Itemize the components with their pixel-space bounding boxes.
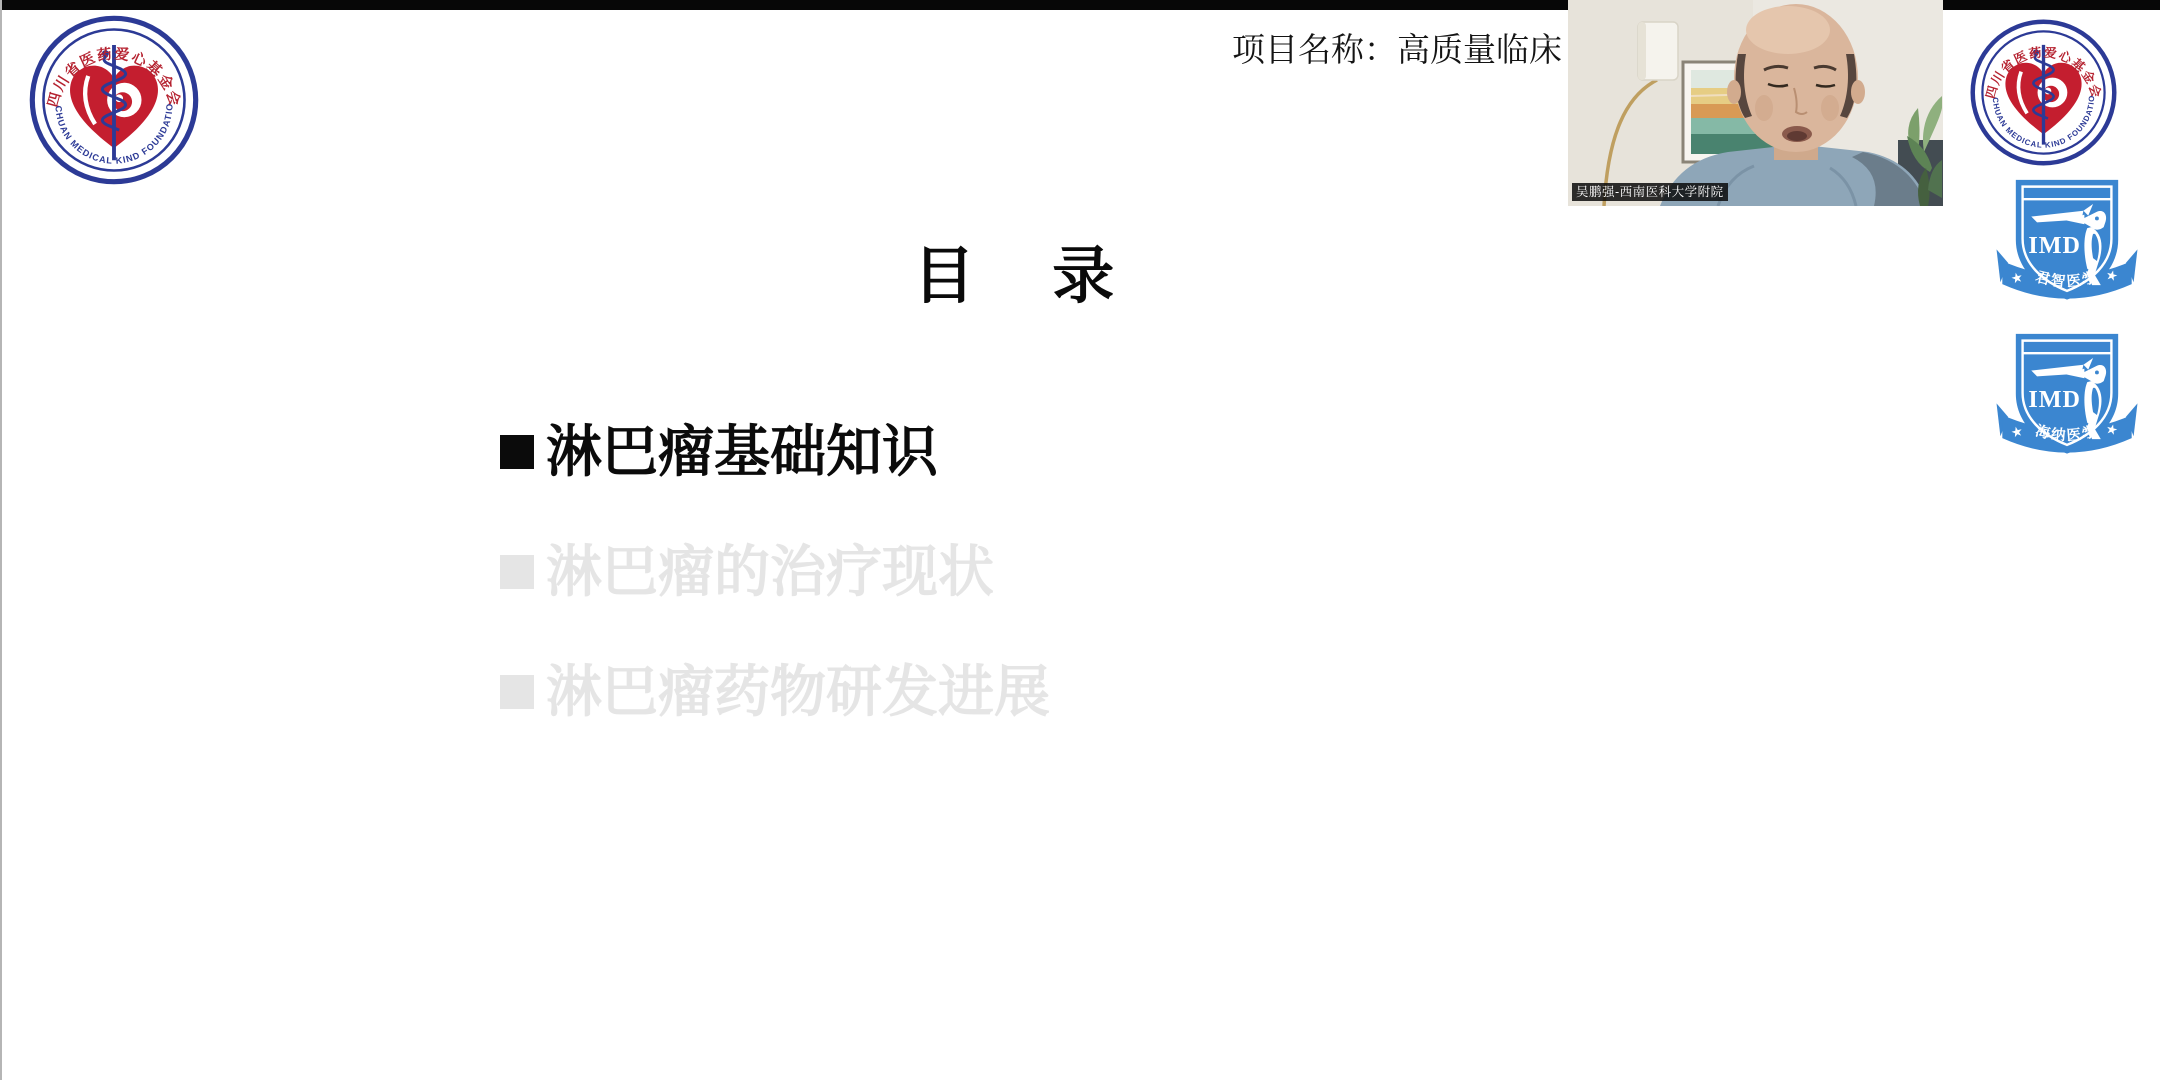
toc-item-label: 淋巴瘤基础知识 — [546, 420, 938, 484]
project-title: 项目名称：高质量临床 — [1232, 24, 1562, 71]
foundation-logo-right — [1969, 18, 2118, 167]
webcam-video: 吴鹏强-西南医科大学附院 — [1568, 0, 1943, 206]
square-bullet-icon — [500, 555, 534, 589]
toc-item-drug-rd: 淋巴瘤药物研发进展 — [500, 660, 1050, 724]
imd-badge-haina: 海纳医学 — [1993, 330, 2141, 470]
square-bullet-icon — [500, 675, 534, 709]
foundation-logo-left — [28, 14, 200, 186]
toc-title: 目 录 — [913, 226, 1115, 315]
imd-badge-junzhi: 君智医学 — [1993, 176, 2141, 316]
webcam-scene — [1568, 0, 1943, 206]
presentation-slide: 项目名称：高质量临床 — [0, 0, 2160, 1080]
toc-item-treatment: 淋巴瘤的治疗现状 — [500, 540, 994, 604]
square-bullet-icon — [500, 435, 534, 469]
toc-item-label: 淋巴瘤药物研发进展 — [546, 660, 1050, 724]
toc-item-label: 淋巴瘤的治疗现状 — [546, 540, 994, 604]
slide-left-edge — [0, 0, 2, 1080]
toc-item-basics: 淋巴瘤基础知识 — [500, 420, 938, 484]
participant-name-tag: 吴鹏强-西南医科大学附院 — [1572, 183, 1728, 201]
